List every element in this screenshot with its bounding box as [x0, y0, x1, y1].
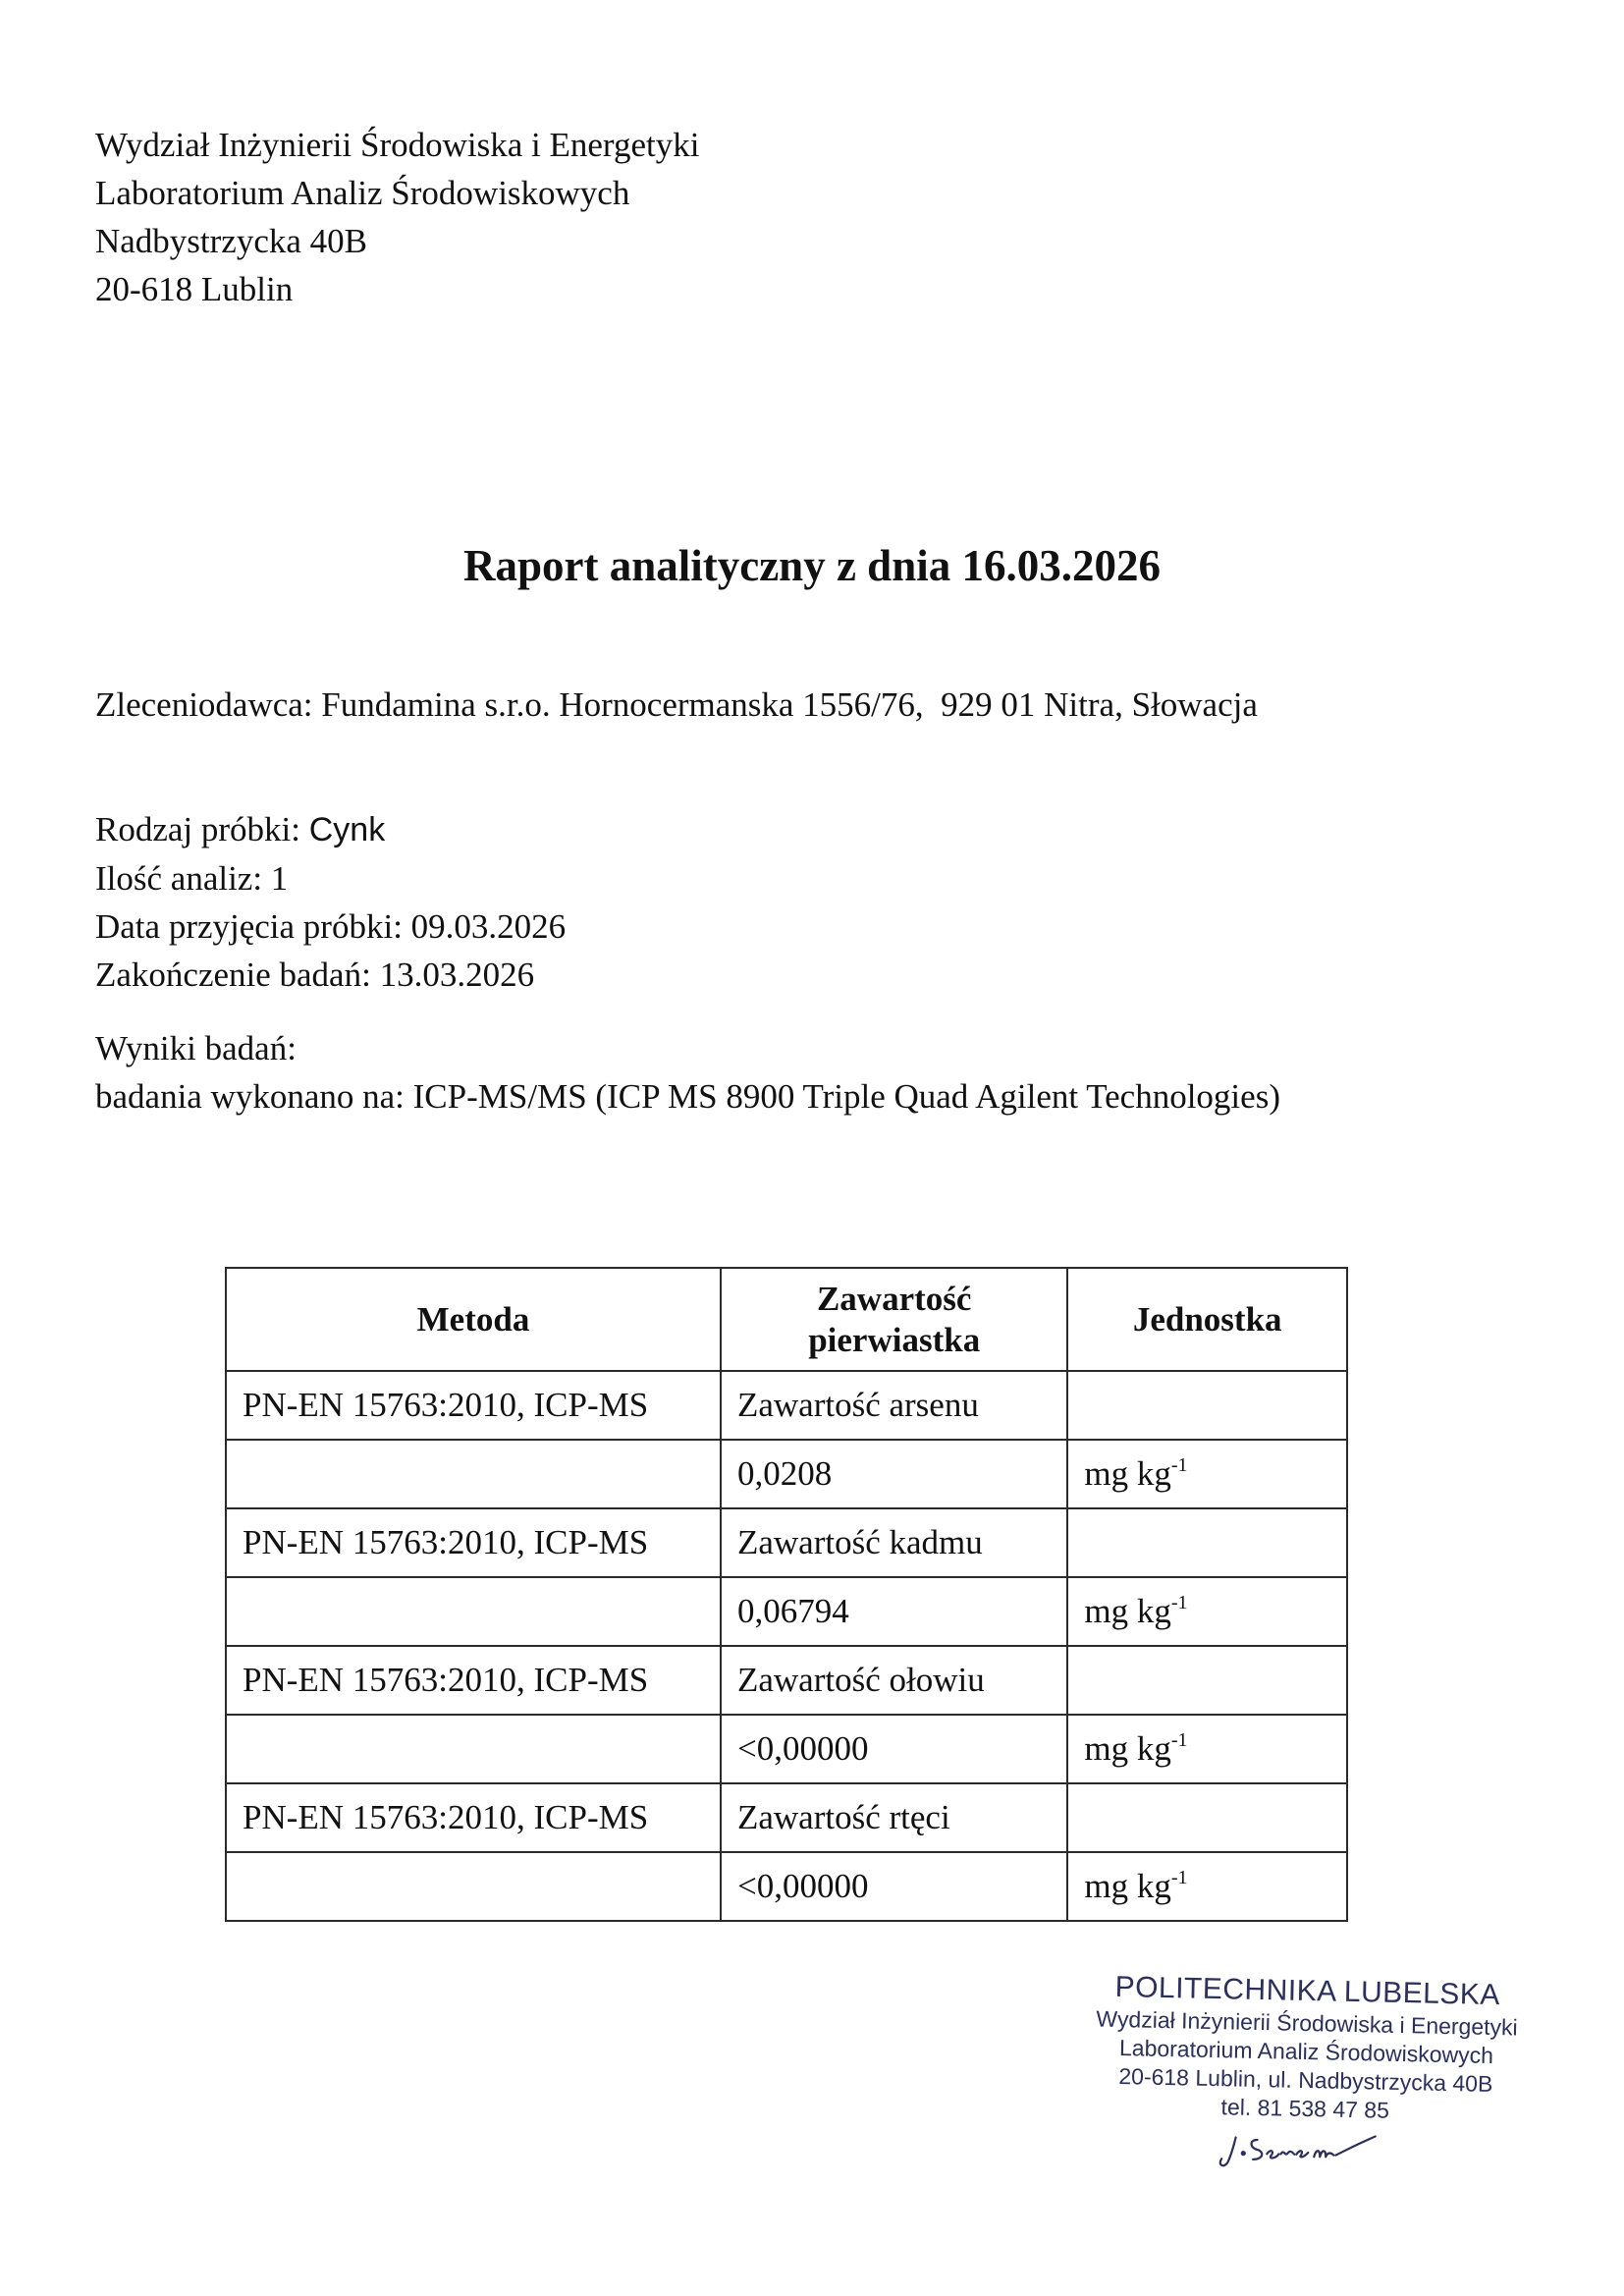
received-date: Data przyjęcia próbki: 09.03.2026	[95, 902, 566, 951]
unit-cell-empty	[1067, 1508, 1347, 1577]
instrument-line: badania wykonano na: ICP-MS/MS (ICP MS 8…	[95, 1072, 1280, 1121]
results-table: Metoda Zawartośćpierwiastka Jednostka PN…	[225, 1267, 1348, 1922]
unit-base: mg kg	[1084, 1729, 1170, 1768]
signature-icon	[1068, 2120, 1541, 2179]
table-row: PN-EN 15763:2010, ICP-MSZawartość arsenu	[226, 1371, 1347, 1440]
unit-exponent: -1	[1171, 1454, 1188, 1476]
table-row: <0,00000mg kg-1	[226, 1852, 1347, 1921]
results-section: Wyniki badań: badania wykonano na: ICP-M…	[95, 1024, 1280, 1121]
report-title: Raport analityczny z dnia 16.03.2026	[0, 540, 1624, 591]
unit-cell: mg kg-1	[1067, 1577, 1347, 1646]
sample-type-label: Rodzaj próbki:	[95, 810, 309, 848]
client-line: Zleceniodawca: Fundamina s.r.o. Hornocer…	[95, 685, 1258, 725]
value-cell: <0,00000	[721, 1852, 1067, 1921]
method-cell-empty	[226, 1577, 721, 1646]
table-row: <0,00000mg kg-1	[226, 1715, 1347, 1783]
method-cell-empty	[226, 1852, 721, 1921]
unit-exponent: -1	[1171, 1867, 1188, 1888]
table-row: 0,0208mg kg-1	[226, 1440, 1347, 1508]
header-method: Metoda	[226, 1268, 721, 1371]
header-unit: Jednostka	[1067, 1268, 1347, 1371]
header-element-content: Zawartośćpierwiastka	[721, 1268, 1067, 1371]
unit-cell-empty	[1067, 1371, 1347, 1440]
table-row: PN-EN 15763:2010, ICP-MSZawartość ołowiu	[226, 1646, 1347, 1715]
table-row: PN-EN 15763:2010, ICP-MSZawartość rtęci	[226, 1783, 1347, 1852]
faculty-name: Wydział Inżynierii Środowiska i Energety…	[95, 121, 699, 169]
header-content-line2: pierwiastka	[808, 1321, 980, 1359]
report-page: Wydział Inżynierii Środowiska i Energety…	[0, 0, 1624, 2296]
value-cell: 0,06794	[721, 1577, 1067, 1646]
unit-exponent: -1	[1171, 1592, 1188, 1613]
analysis-count: Ilość analiz: 1	[95, 854, 566, 902]
element-cell: Zawartość kadmu	[721, 1508, 1067, 1577]
unit-base: mg kg	[1084, 1454, 1170, 1493]
lab-name: Laboratorium Analiz Środowiskowych	[95, 169, 699, 217]
method-cell: PN-EN 15763:2010, ICP-MS	[226, 1646, 721, 1715]
table-header-row: Metoda Zawartośćpierwiastka Jednostka	[226, 1268, 1347, 1371]
table-row: 0,06794mg kg-1	[226, 1577, 1347, 1646]
lab-stamp: POLITECHNIKA LUBELSKA Wydział Inżynierii…	[1068, 1969, 1543, 2179]
sample-type: Rodzaj próbki: Cynk	[95, 805, 566, 854]
city-postcode: 20-618 Lublin	[95, 265, 699, 313]
sample-type-value: Cynk	[309, 811, 385, 848]
method-cell: PN-EN 15763:2010, ICP-MS	[226, 1371, 721, 1440]
value-cell: <0,00000	[721, 1715, 1067, 1783]
table-body: PN-EN 15763:2010, ICP-MSZawartość arsenu…	[226, 1371, 1347, 1921]
unit-cell-empty	[1067, 1783, 1347, 1852]
unit-base: mg kg	[1084, 1592, 1170, 1630]
method-cell-empty	[226, 1440, 721, 1508]
unit-exponent: -1	[1171, 1729, 1188, 1751]
method-cell-empty	[226, 1715, 721, 1783]
results-heading: Wyniki badań:	[95, 1024, 1280, 1072]
unit-cell: mg kg-1	[1067, 1852, 1347, 1921]
table-row: PN-EN 15763:2010, ICP-MSZawartość kadmu	[226, 1508, 1347, 1577]
sample-info: Rodzaj próbki: Cynk Ilość analiz: 1 Data…	[95, 805, 566, 999]
completion-date: Zakończenie badań: 13.03.2026	[95, 951, 566, 999]
element-cell: Zawartość ołowiu	[721, 1646, 1067, 1715]
street-address: Nadbystrzycka 40B	[95, 217, 699, 265]
header-content-line1: Zawartość	[817, 1280, 971, 1318]
lab-address-block: Wydział Inżynierii Środowiska i Energety…	[95, 121, 699, 313]
unit-cell: mg kg-1	[1067, 1440, 1347, 1508]
unit-base: mg kg	[1084, 1867, 1170, 1905]
method-cell: PN-EN 15763:2010, ICP-MS	[226, 1783, 721, 1852]
value-cell: 0,0208	[721, 1440, 1067, 1508]
element-cell: Zawartość rtęci	[721, 1783, 1067, 1852]
element-cell: Zawartość arsenu	[721, 1371, 1067, 1440]
unit-cell: mg kg-1	[1067, 1715, 1347, 1783]
unit-cell-empty	[1067, 1646, 1347, 1715]
method-cell: PN-EN 15763:2010, ICP-MS	[226, 1508, 721, 1577]
